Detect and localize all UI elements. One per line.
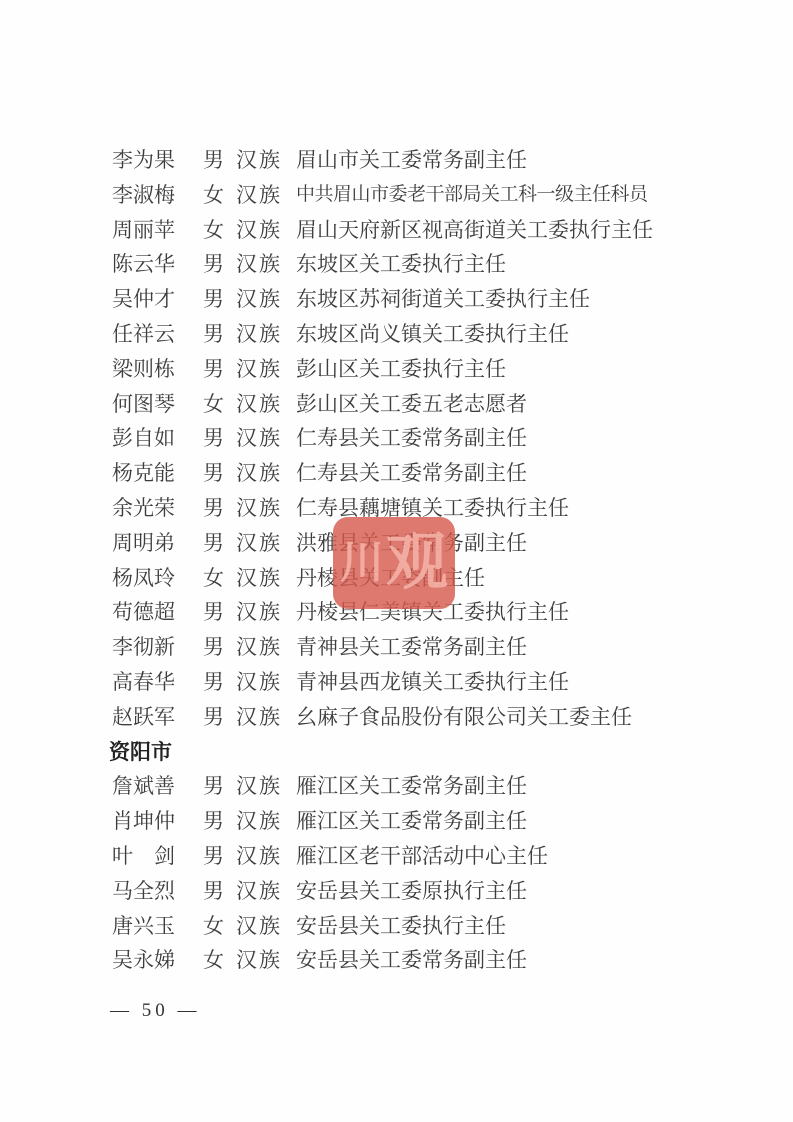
person-ethnicity: 汉族 [236,874,282,909]
person-position: 中共眉山市委老干部局关工科一级主任科员 [296,178,648,213]
page-number: — 50 — [110,1000,201,1022]
section-title: 资阳市 [109,735,172,770]
table-row: 唐兴玉女汉族安岳县关工委执行主任 [0,909,793,944]
person-name: 李彻新 [112,630,175,665]
person-ethnicity: 汉族 [236,526,282,561]
person-ethnicity: 汉族 [236,630,282,665]
person-gender: 男 [203,456,224,491]
table-row: 李彻新男汉族青神县关工委常务副主任 [0,630,793,665]
person-name: 吴仲才 [112,282,175,317]
person-name: 何图琴 [112,387,175,422]
person-ethnicity: 汉族 [236,909,282,944]
person-gender: 男 [203,839,224,874]
person-position: 幺麻子食品股份有限公司关工委主任 [296,700,632,735]
person-name: 周明弟 [112,526,175,561]
table-row: 苟德超男汉族丹棱县仁美镇关工委执行主任 [0,595,793,630]
table-row: 马全烈男汉族安岳县关工委原执行主任 [0,874,793,909]
person-ethnicity: 汉族 [236,143,282,178]
person-position: 安岳县关工委执行主任 [296,909,506,944]
table-row: 高春华男汉族青神县西龙镇关工委执行主任 [0,665,793,700]
person-name: 叶 剑 [112,839,175,874]
person-ethnicity: 汉族 [236,456,282,491]
person-name: 唐兴玉 [112,909,175,944]
person-gender: 男 [203,595,224,630]
person-position: 东坡区苏祠街道关工委执行主任 [296,282,590,317]
person-name: 马全烈 [112,874,175,909]
person-gender: 男 [203,317,224,352]
table-row: 周丽苹女汉族眉山天府新区视高街道关工委执行主任 [0,213,793,248]
person-ethnicity: 汉族 [236,213,282,248]
person-position: 眉山天府新区视高街道关工委执行主任 [296,213,653,248]
table-row: 陈云华男汉族东坡区关工委执行主任 [0,247,793,282]
person-gender: 男 [203,630,224,665]
person-ethnicity: 汉族 [236,700,282,735]
person-name: 赵跃军 [112,700,175,735]
table-row: 何图琴女汉族彭山区关工委五老志愿者 [0,387,793,422]
person-ethnicity: 汉族 [236,178,282,213]
person-gender: 男 [203,769,224,804]
person-gender: 男 [203,421,224,456]
person-gender: 男 [203,352,224,387]
person-gender: 男 [203,665,224,700]
person-gender: 男 [203,143,224,178]
person-gender: 男 [203,874,224,909]
person-ethnicity: 汉族 [236,491,282,526]
table-row: 李为果男汉族眉山市关工委常务副主任 [0,143,793,178]
person-position: 青神县关工委常务副主任 [296,630,527,665]
person-ethnicity: 汉族 [236,352,282,387]
person-ethnicity: 汉族 [236,317,282,352]
table-row: 任祥云男汉族东坡区尚义镇关工委执行主任 [0,317,793,352]
person-ethnicity: 汉族 [236,561,282,596]
person-gender: 男 [203,247,224,282]
person-position: 彭山区关工委五老志愿者 [296,387,527,422]
person-name: 高春华 [112,665,175,700]
person-position: 彭山区关工委执行主任 [296,352,506,387]
person-gender: 女 [203,909,224,944]
person-ethnicity: 汉族 [236,387,282,422]
table-row: 吴永娣女汉族安岳县关工委常务副主任 [0,943,793,978]
person-ethnicity: 汉族 [236,247,282,282]
person-position: 仁寿县藕塘镇关工委执行主任 [296,491,569,526]
person-name: 杨克能 [112,456,175,491]
person-gender: 男 [203,526,224,561]
table-row: 吴仲才男汉族东坡区苏祠街道关工委执行主任 [0,282,793,317]
person-gender: 女 [203,561,224,596]
table-row: 赵跃军男汉族幺麻子食品股份有限公司关工委主任 [0,700,793,735]
document-page: 李为果男汉族眉山市关工委常务副主任李淑梅女汉族中共眉山市委老干部局关工科一级主任… [0,0,793,1122]
person-gender: 男 [203,282,224,317]
person-ethnicity: 汉族 [236,804,282,839]
person-ethnicity: 汉族 [236,282,282,317]
person-name: 肖坤仲 [112,804,175,839]
person-position: 雁江区老干部活动中心主任 [296,839,548,874]
person-position: 安岳县关工委原执行主任 [296,874,527,909]
person-name: 陈云华 [112,247,175,282]
table-row: 叶 剑男汉族雁江区老干部活动中心主任 [0,839,793,874]
person-name: 任祥云 [112,317,175,352]
person-position: 仁寿县关工委常务副主任 [296,456,527,491]
person-name: 李淑梅 [112,178,175,213]
table-row: 肖坤仲男汉族雁江区关工委常务副主任 [0,804,793,839]
person-position: 洪雅县关工委常务副主任 [296,526,527,561]
table-row: 李淑梅女汉族中共眉山市委老干部局关工科一级主任科员 [0,178,793,213]
person-ethnicity: 汉族 [236,421,282,456]
table-row: 梁则栋男汉族彭山区关工委执行主任 [0,352,793,387]
person-gender: 男 [203,804,224,839]
person-position: 东坡区尚义镇关工委执行主任 [296,317,569,352]
person-name: 吴永娣 [112,943,175,978]
person-position: 丹棱县仁美镇关工委执行主任 [296,595,569,630]
table-row: 詹斌善男汉族雁江区关工委常务副主任 [0,769,793,804]
person-ethnicity: 汉族 [236,839,282,874]
person-gender: 女 [203,213,224,248]
person-position: 青神县西龙镇关工委执行主任 [296,665,569,700]
person-position: 雁江区关工委常务副主任 [296,769,527,804]
person-gender: 男 [203,491,224,526]
table-row: 彭自如男汉族仁寿县关工委常务副主任 [0,421,793,456]
person-gender: 男 [203,700,224,735]
person-name: 李为果 [112,143,175,178]
person-name: 余光荣 [112,491,175,526]
table-row: 周明弟男汉族洪雅县关工委常务副主任 [0,526,793,561]
person-ethnicity: 汉族 [236,595,282,630]
person-name: 杨凤玲 [112,561,175,596]
person-ethnicity: 汉族 [236,769,282,804]
person-position: 雁江区关工委常务副主任 [296,804,527,839]
table-row: 杨克能男汉族仁寿县关工委常务副主任 [0,456,793,491]
person-ethnicity: 汉族 [236,943,282,978]
person-position: 东坡区关工委执行主任 [296,247,506,282]
section-header: 资阳市 [0,735,793,770]
person-name: 苟德超 [112,595,175,630]
person-gender: 女 [203,178,224,213]
person-position: 仁寿县关工委常务副主任 [296,421,527,456]
person-name: 周丽苹 [112,213,175,248]
person-ethnicity: 汉族 [236,665,282,700]
person-gender: 女 [203,943,224,978]
table-row: 余光荣男汉族仁寿县藕塘镇关工委执行主任 [0,491,793,526]
person-gender: 女 [203,387,224,422]
person-position: 丹棱县关工委副主任 [296,561,485,596]
table-row: 杨凤玲女汉族丹棱县关工委副主任 [0,561,793,596]
person-name: 詹斌善 [112,769,175,804]
person-name: 彭自如 [112,421,175,456]
person-position: 眉山市关工委常务副主任 [296,143,527,178]
person-position: 安岳县关工委常务副主任 [296,943,527,978]
person-name: 梁则栋 [112,352,175,387]
